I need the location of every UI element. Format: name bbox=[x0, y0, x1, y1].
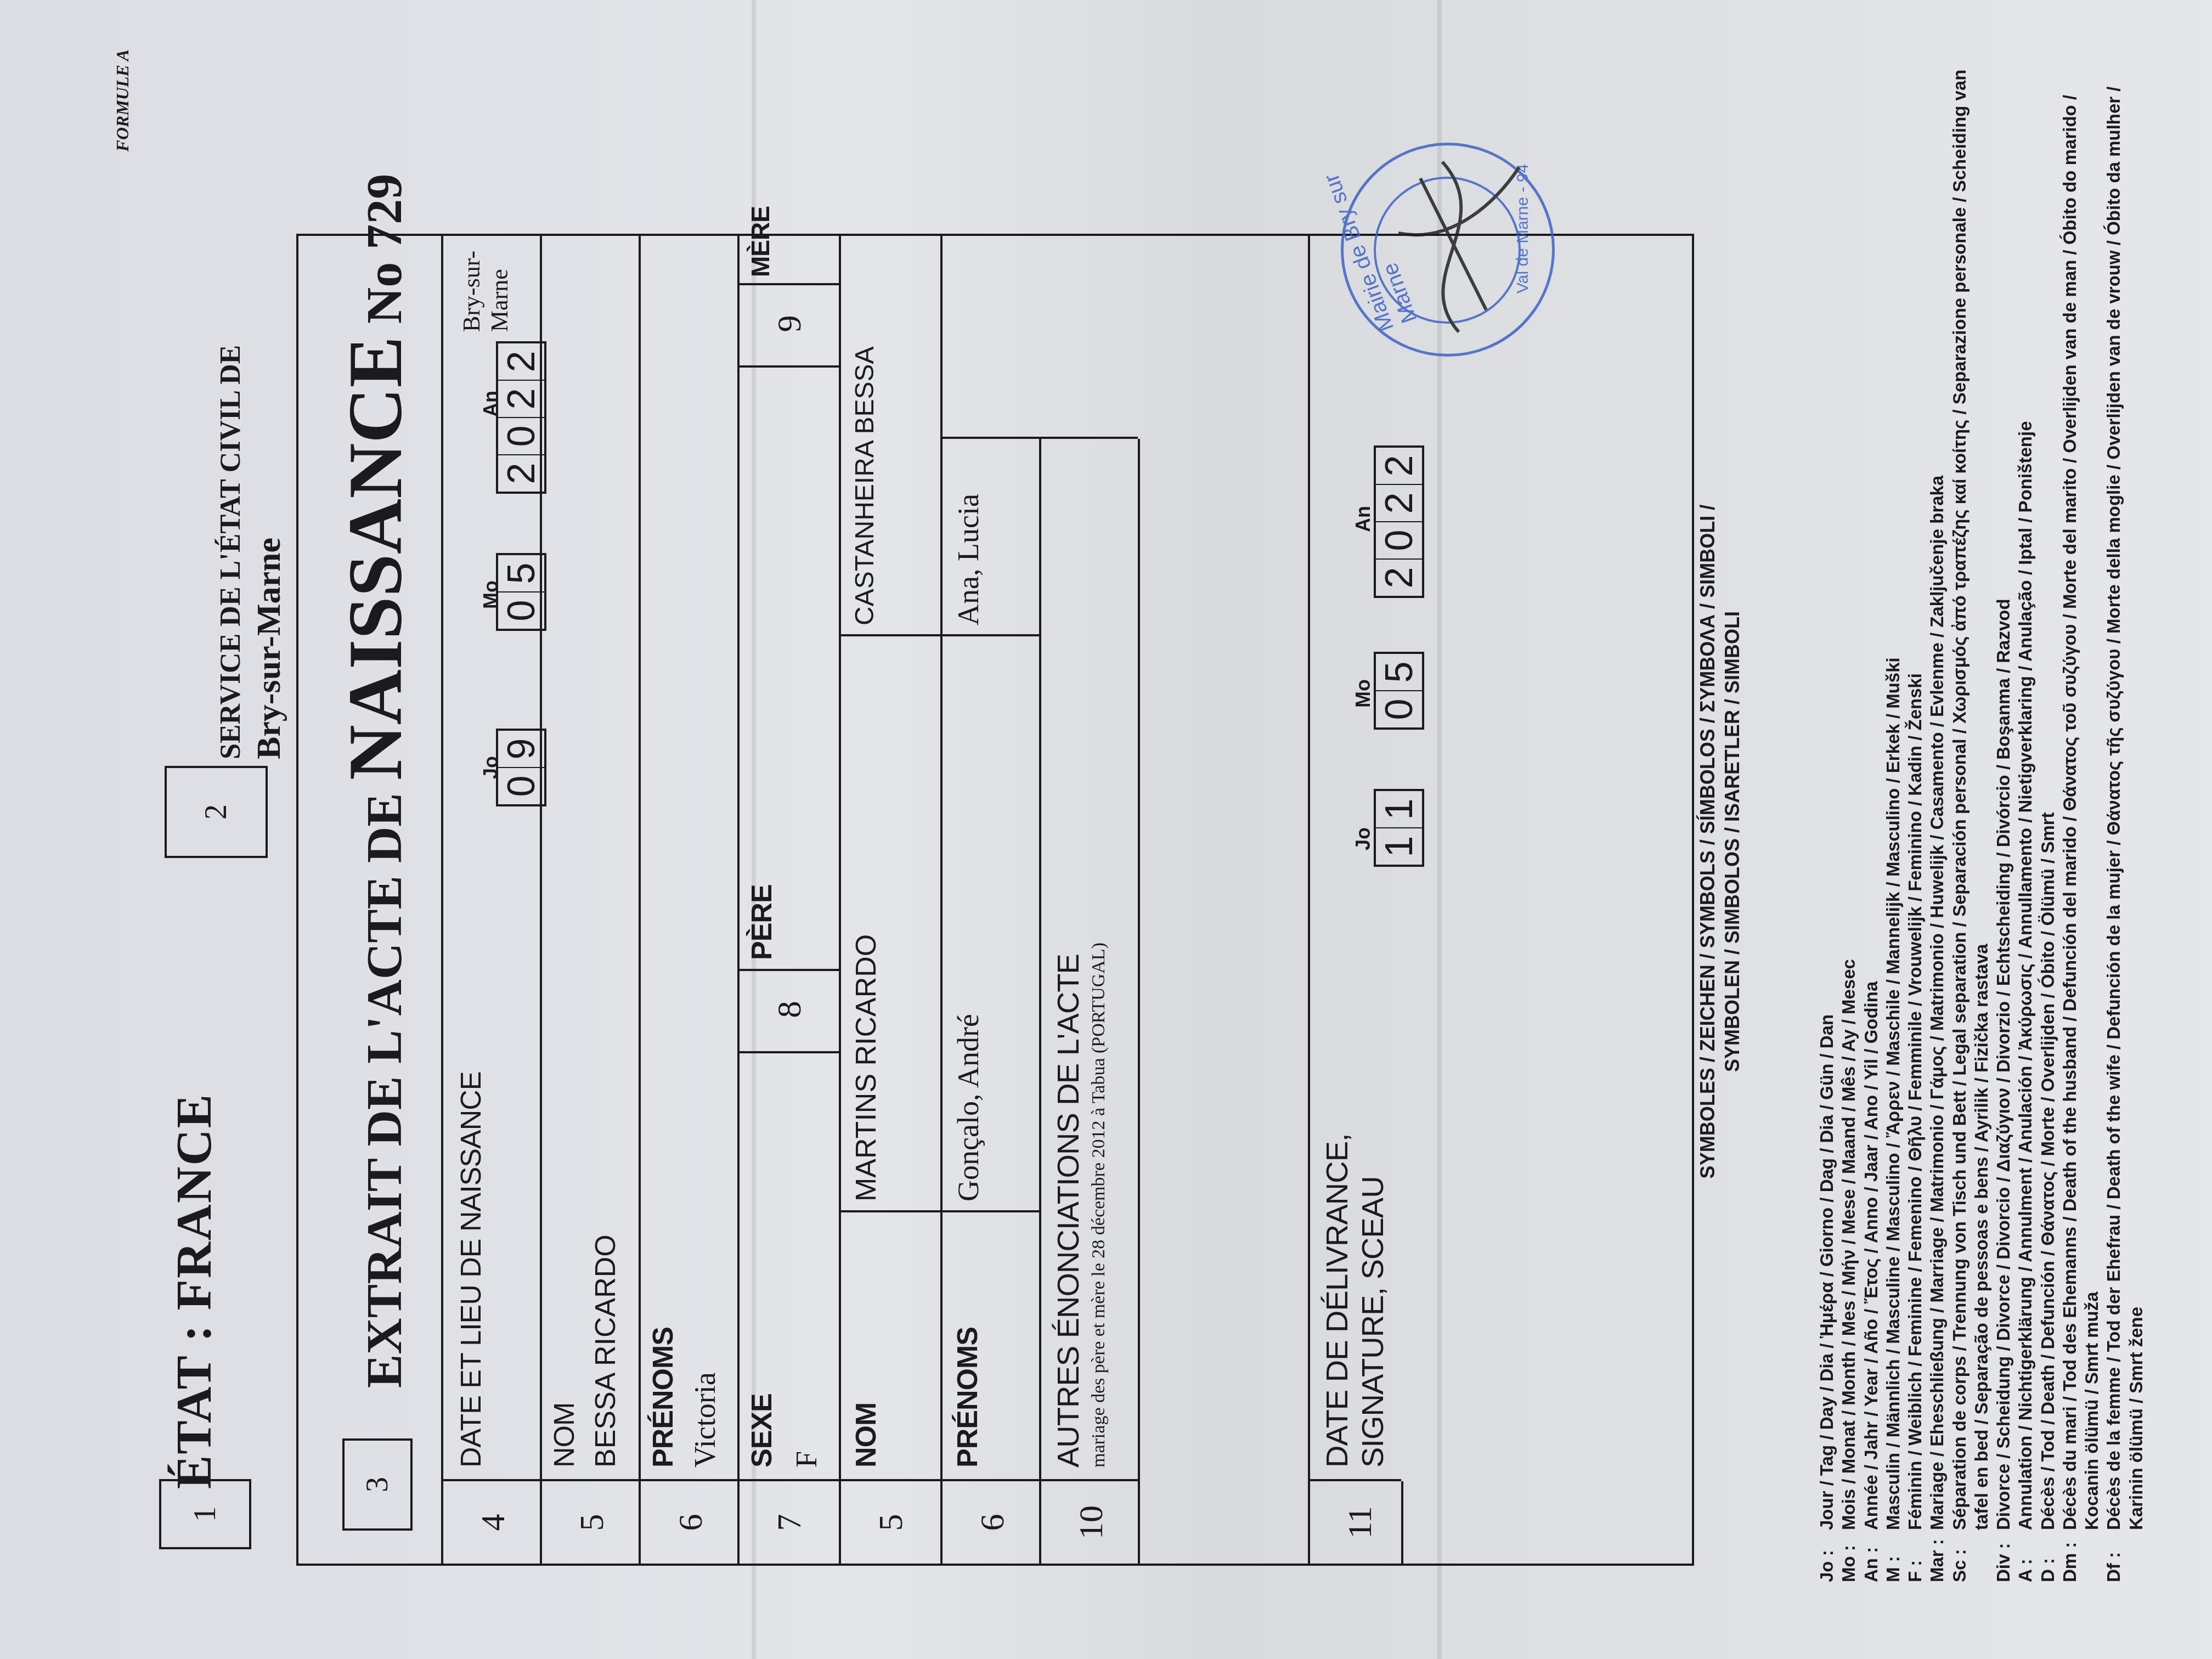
legend-row: An :Année / Jahr / Year / Año / Ἔτος / A… bbox=[1860, 46, 1882, 1582]
digit: 2 bbox=[498, 454, 544, 492]
photo-frame: FORMULE A 1 ÉTAT : FRANCE 2 SERVICE DE L… bbox=[0, 0, 2212, 1659]
legend-text: Décès de la femme / Tod der Ehefrau / De… bbox=[2103, 46, 2147, 1530]
digit: 0 bbox=[498, 417, 544, 454]
delivery-label-line2: SIGNATURE, SCEAU bbox=[1355, 1176, 1390, 1468]
legend-row: Mar :Mariage / Eheschließung / Marriage … bbox=[1926, 46, 1948, 1582]
legend-row: Df :Décès de la femme / Tod der Ehefrau … bbox=[2103, 46, 2147, 1582]
cell-divider bbox=[737, 365, 839, 368]
parents-prenoms-label: PRÉNOMS bbox=[951, 1327, 984, 1468]
legend-row: D :Décès / Tod / Death / Defunción / Θάν… bbox=[2037, 46, 2059, 1582]
legend-key: Mo : bbox=[1838, 1530, 1860, 1582]
legend-text: Mois / Monat / Month / Mes / Μήν / Mese … bbox=[1838, 46, 1860, 1530]
row-divider bbox=[1308, 236, 1310, 1564]
birth-month-boxes: 05 bbox=[496, 553, 546, 631]
digit: 9 bbox=[498, 731, 544, 767]
label-column-divider bbox=[839, 1210, 1039, 1212]
delivery-month-label: Mo bbox=[1352, 679, 1375, 708]
legend-rows: Jo :Jour / Tag / Day / Dia / Ἡμέρα / Gio… bbox=[1816, 46, 2147, 1582]
row-number-6: 6 bbox=[672, 1481, 710, 1564]
mother-nom-value: CASTANHEIRA BESSA bbox=[850, 346, 880, 625]
digit: 5 bbox=[498, 555, 544, 591]
certificate-table: 3 EXTRAIT DE L'ACTE DE NAISSANCE No 729 … bbox=[296, 234, 1694, 1566]
act-number: 729 bbox=[356, 174, 412, 250]
service-city: Bry-sur-Marne bbox=[252, 345, 286, 759]
delivery-year-label: An bbox=[1352, 506, 1375, 532]
legend-key: M : bbox=[1882, 1530, 1904, 1582]
legend-text: Mariage / Eheschließung / Marriage / Mat… bbox=[1926, 46, 1948, 1530]
legend-text: Masculin / Männlich / Masculine / Mascul… bbox=[1882, 46, 1904, 1530]
birth-year-boxes: 2022 bbox=[496, 341, 546, 494]
service-label: SERVICE DE L'ÉTAT CIVIL DE bbox=[215, 345, 246, 759]
signature-icon bbox=[1376, 145, 1541, 343]
digit: 5 bbox=[1376, 654, 1422, 690]
mairie-stamp: Mairie de Bry sur Marne Val de Marne - 9… bbox=[1341, 143, 1555, 357]
digit: 1 bbox=[1376, 827, 1422, 865]
father-mother-divider bbox=[839, 634, 1039, 636]
child-prenoms-value: Victoria bbox=[688, 1372, 722, 1468]
legend-key: An : bbox=[1860, 1530, 1882, 1582]
mother-column-label: MÈRE bbox=[746, 206, 775, 277]
legend-key: Div : bbox=[1993, 1530, 2015, 1582]
digit: 2 bbox=[1376, 558, 1422, 596]
legend-key: F : bbox=[1904, 1530, 1926, 1582]
legend-text: Séparation de corps / Trennung von Tisch… bbox=[1949, 46, 1993, 1530]
row-number-4: 4 bbox=[474, 1481, 513, 1564]
legend-text: Année / Jahr / Year / Año / Ἔτος / Anno … bbox=[1860, 46, 1882, 1530]
row-number-parents-prenoms: 6 bbox=[973, 1481, 1012, 1564]
digit: 0 bbox=[1376, 521, 1422, 558]
legend-header-line1: SYMBOLES / ZEICHEN / SYMBOLS / SÍMBOLOS … bbox=[1695, 375, 1720, 1308]
row-divider bbox=[1401, 1481, 1403, 1564]
row-divider bbox=[737, 236, 740, 1564]
row-divider bbox=[839, 236, 841, 1564]
row-number-7: 7 bbox=[770, 1481, 809, 1564]
cell-divider bbox=[737, 283, 839, 285]
legend-row: Sc :Séparation de corps / Trennung von T… bbox=[1949, 46, 1993, 1582]
row-number-11: 11 bbox=[1341, 1481, 1380, 1564]
birth-day-boxes: 09 bbox=[496, 729, 546, 806]
legend-row: A :Annulation / Nichtigerklärung / Annul… bbox=[2015, 46, 2036, 1582]
certificate-title: EXTRAIT DE L'ACTE DE NAISSANCE No 729 bbox=[331, 174, 420, 1388]
child-sexe-label: SEXE bbox=[746, 1393, 778, 1468]
title-number-label: No bbox=[356, 262, 412, 324]
delivery-day-label: Jo bbox=[1352, 827, 1375, 850]
delivery-month-boxes: 05 bbox=[1374, 652, 1424, 730]
birth-place: Bry-sur-Marne bbox=[458, 236, 513, 332]
legend-text: Divorce / Scheidung / Divorce / Divorcio… bbox=[1993, 46, 2015, 1530]
legend-row: Mo :Mois / Monat / Month / Mes / Μήν / M… bbox=[1838, 46, 1860, 1582]
legend-key: Jo : bbox=[1816, 1530, 1838, 1582]
father-prenoms-value: Gonçalo, André bbox=[951, 1014, 985, 1201]
legend-row: Div :Divorce / Scheidung / Divorce / Div… bbox=[1993, 46, 2015, 1582]
legend-header-line2: SYMBOLEN / SIMBOLOS / ISARETLER / SIMBOL… bbox=[1720, 375, 1745, 1308]
row-number-10: 10 bbox=[1072, 1481, 1111, 1564]
digit: 0 bbox=[498, 591, 544, 629]
child-nom-value: BESSA RICARDO bbox=[589, 1234, 622, 1468]
legend-key: Df : bbox=[2103, 1530, 2147, 1582]
box-number-1: 1 bbox=[159, 1479, 251, 1549]
father-column-label: PÈRE bbox=[746, 884, 778, 960]
child-sexe-value: F bbox=[789, 1451, 823, 1468]
symbols-legend: SYMBOLES / ZEICHEN / SYMBOLS / SÍMBOLOS … bbox=[1695, 46, 2147, 1582]
other-text: mariage des père et mère le 28 décembre … bbox=[1088, 943, 1109, 1468]
legend-text: Annulation / Nichtigerklärung / Annulmen… bbox=[2015, 46, 2036, 1530]
legend-row: Dm :Décès du mari / Tod des Ehemanns / D… bbox=[2059, 46, 2103, 1582]
cell-divider bbox=[737, 1051, 839, 1053]
digit: 2 bbox=[1376, 448, 1422, 484]
child-nom-label: NOM bbox=[548, 1403, 581, 1468]
form-id: FORMULE A bbox=[112, 49, 133, 151]
row-divider bbox=[639, 236, 641, 1564]
service-header: SERVICE DE L'ÉTAT CIVIL DE Bry-sur-Marne bbox=[217, 345, 286, 759]
row-number-parents-nom: 5 bbox=[872, 1481, 911, 1564]
parents-nom-label: NOM bbox=[850, 1403, 883, 1468]
digit: 2 bbox=[1376, 484, 1422, 521]
other-label: AUTRES ÉNONCIATIONS DE L'ACTE bbox=[1050, 954, 1086, 1468]
legend-text: Décès / Tod / Death / Defunción / Θάνατο… bbox=[2037, 46, 2059, 1530]
digit: 2 bbox=[498, 380, 544, 417]
legend-row: F :Féminin / Weiblich / Feminine / Femen… bbox=[1904, 46, 1926, 1582]
row-number-5: 5 bbox=[573, 1481, 612, 1564]
state-label: ÉTAT : FRANCE bbox=[165, 1093, 223, 1489]
legend-header: SYMBOLES / ZEICHEN / SYMBOLS / SÍMBOLOS … bbox=[1695, 375, 1745, 1308]
legend-text: Décès du mari / Tod des Ehemanns / Death… bbox=[2059, 46, 2103, 1530]
digit: 0 bbox=[1376, 690, 1422, 727]
father-nom-value: MARTINS RICARDO bbox=[850, 934, 883, 1201]
digit: 1 bbox=[1376, 791, 1422, 827]
mother-prenoms-value: Ana, Lucia bbox=[951, 494, 985, 625]
row-divider bbox=[441, 236, 443, 1564]
legend-key: A : bbox=[2015, 1530, 2036, 1582]
title-prefix: EXTRAIT DE L'ACTE DE bbox=[356, 793, 412, 1388]
birth-certificate-page: FORMULE A 1 ÉTAT : FRANCE 2 SERVICE DE L… bbox=[0, 0, 2212, 1659]
legend-text: Jour / Tag / Day / Dia / Ἡμέρα / Giorno … bbox=[1816, 46, 1838, 1530]
row-divider bbox=[940, 236, 943, 1564]
birth-label: DATE ET LIEU DE NAISSANCE bbox=[455, 1072, 488, 1468]
delivery-year-boxes: 2022 bbox=[1374, 445, 1424, 598]
legend-key: Sc : bbox=[1949, 1530, 1993, 1582]
digit: 2 bbox=[498, 343, 544, 380]
delivery-day-boxes: 11 bbox=[1374, 789, 1424, 867]
mother-column-number: 9 bbox=[770, 283, 809, 365]
legend-key: Mar : bbox=[1926, 1530, 1948, 1582]
legend-row: M :Masculin / Männlich / Masculine / Mas… bbox=[1882, 46, 1904, 1582]
title-main: NAISSANCE bbox=[333, 336, 418, 780]
legend-text: Féminin / Weiblich / Feminine / Femenino… bbox=[1904, 46, 1926, 1530]
legend-key: D : bbox=[2037, 1530, 2059, 1582]
father-column-number: 8 bbox=[770, 968, 809, 1051]
cell-divider bbox=[737, 969, 839, 971]
delivery-label-line1: DATE DE DÉLIVRANCE, bbox=[1319, 1133, 1355, 1468]
legend-key: Dm : bbox=[2059, 1530, 2103, 1582]
legend-row: Jo :Jour / Tag / Day / Dia / Ἡμέρα / Gio… bbox=[1816, 46, 1838, 1582]
digit: 0 bbox=[498, 767, 544, 804]
box-number-2: 2 bbox=[165, 766, 268, 858]
child-prenoms-label: PRÉNOMS bbox=[647, 1327, 680, 1468]
row-divider bbox=[1138, 439, 1140, 1564]
row-divider bbox=[1039, 439, 1041, 1564]
other-box-right-edge bbox=[940, 437, 1138, 439]
box-number-3: 3 bbox=[342, 1438, 413, 1531]
